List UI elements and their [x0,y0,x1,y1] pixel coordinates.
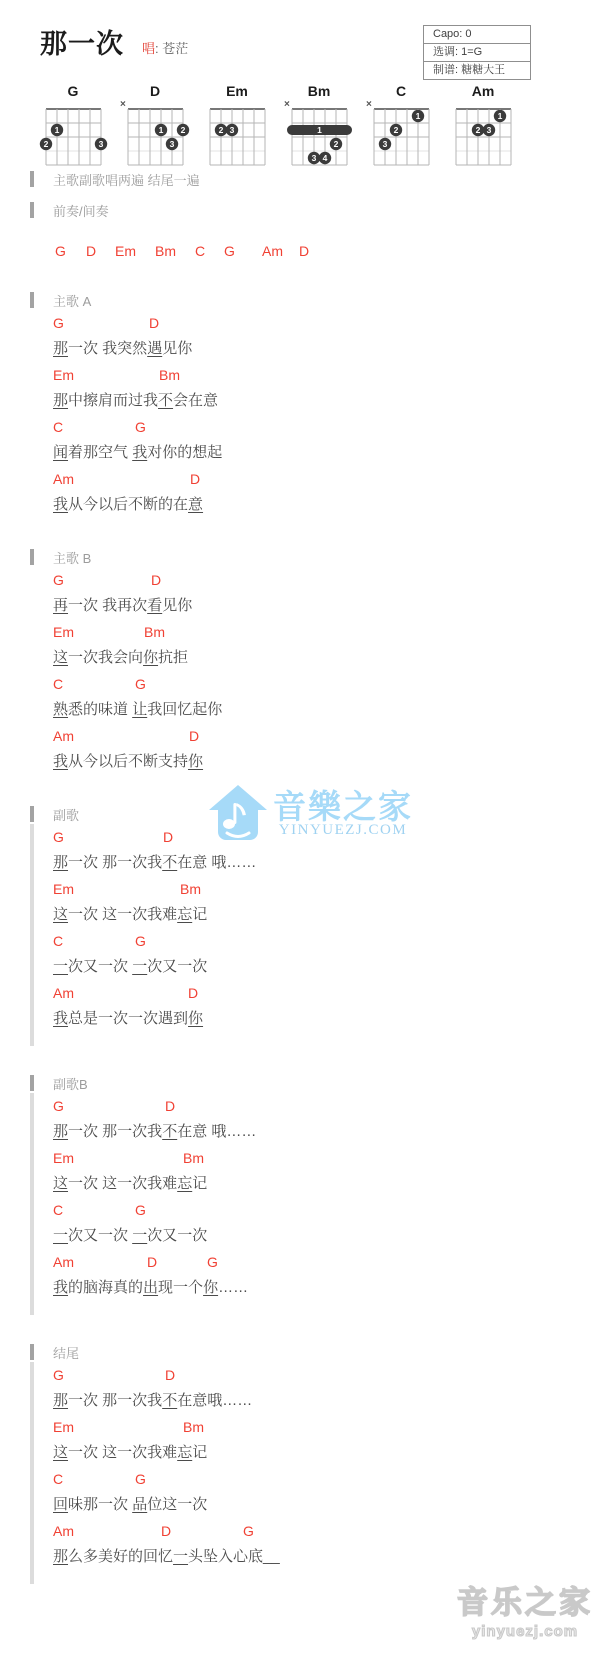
chord-line: GD [53,569,601,595]
chord: D [188,985,198,1001]
underlined-char: 这 [53,906,68,923]
chord-line: GD [53,312,601,338]
singer-info: 唱: 苍茫 [142,38,188,57]
underlined-char: 你 [188,753,203,770]
underlined-char: 再 [53,597,68,614]
chord-diagram-D: D×123 [120,84,190,174]
chord: D [147,1254,157,1270]
chord-line: CG [53,1199,601,1225]
section-bar [30,549,34,565]
section-bar [30,292,34,308]
chord-grid: ×123 [120,99,190,169]
chord: Bm [183,1419,204,1435]
underlined-char: 一 [173,1548,188,1565]
underlined-char: 这 [53,649,68,666]
chord-line: CG [53,1468,601,1494]
underlined-char: 不 [162,1123,177,1140]
chord-line: CG [53,416,601,442]
svg-text:2: 2 [476,125,481,135]
chord: D [190,471,200,487]
underlined-char: 一 [132,1227,147,1244]
section-label-row: 主歌 B [30,547,601,567]
underlined-char: 那 [53,854,68,871]
svg-text:3: 3 [312,153,317,163]
underlined-char: 忘 [177,1175,192,1192]
chord-line: AmDG [53,1251,601,1277]
underlined-char: 我 [132,444,147,461]
underlined-char: 我 [53,1010,68,1027]
underlined-char: 熟 [53,701,68,718]
lyric-line: 一次又一次 一次又一次 [53,1225,601,1251]
section-content: GD再一次 我再次看见你EmBm这一次我会向你抗拒CG熟悉的味道 让我回忆起你A… [30,567,601,777]
underlined-char: 让 [132,701,147,718]
chord: G [53,572,64,588]
chord: Bm [180,881,201,897]
chord-sheet-page: 那一次 唱: 苍茫 Capo: 0 选调: 1=G 制谱: 糖糖大王 G123D… [0,0,601,1656]
section-label: 主歌 B [53,548,91,567]
note-text: 前奏/间奏 [53,201,109,220]
svg-text:1: 1 [416,111,421,121]
svg-text:2: 2 [181,125,186,135]
chord-line: GD [53,826,601,852]
underlined-char: 一 [132,958,147,975]
chord-diagram-label: Em [202,84,272,99]
svg-text:2: 2 [44,139,49,149]
section-label-row: 副歌 [30,804,601,824]
corner-watermark-url: yinyuezj.com [457,1623,593,1640]
muted-string-x: × [284,99,290,110]
chord: G [53,1098,64,1114]
chord: Bm [159,367,180,383]
underlined-char: 你 [188,1010,203,1027]
lyric-line: 这一次 这一次我难忘记 [53,1173,601,1199]
chord-diagram-label: Am [448,84,518,99]
section-label: 结尾 [53,1343,79,1362]
underlined-char: 忘 [177,1444,192,1461]
chord: G [135,1202,146,1218]
section-content: GD那一次 那一次我不在意 哦……EmBm这一次 这一次我难忘记CG一次又一次 … [30,824,601,1046]
corner-watermark-brand: 音乐之家 [457,1586,593,1620]
svg-text:3: 3 [230,125,235,135]
lyric-line: 再一次 我再次看见你 [53,595,601,621]
underlined-char: 这 [53,1444,68,1461]
progression-chord: G [55,243,66,259]
underlined-char: 那 [53,1123,68,1140]
section-content: GD那一次 我突然遇见你EmBm那中擦肩而过我不会在意CG闻着那空气 我对你的想… [30,310,601,520]
underlined-char: 回 [53,1496,68,1513]
header: 那一次 唱: 苍茫 [40,22,188,61]
key-info: 选调: 1=G [424,44,530,62]
chord: Em [53,1419,74,1435]
chord: G [135,1471,146,1487]
underlined-char: 那 [53,340,68,357]
progression-chord: Am [262,243,283,259]
chord-diagram-Em: Em23 [202,84,272,174]
chord-line: AmD [53,982,601,1008]
underlined-char: 品 [132,1496,147,1513]
chord-diagram-label: D [120,84,190,99]
underlined-char: 你 [143,649,158,666]
svg-text:3: 3 [99,139,104,149]
chord-diagram-G: G123 [38,84,108,174]
chord: Am [53,471,74,487]
progression-chord: C [195,243,205,259]
section-0: 主歌 AGD那一次 我突然遇见你EmBm那中擦肩而过我不会在意CG闻着那空气 我… [0,290,601,520]
section-2: 副歌GD那一次 那一次我不在意 哦……EmBm这一次 这一次我难忘记CG一次又一… [0,804,601,1046]
chord: Bm [183,1150,204,1166]
chord-grid: ×1234 [284,99,354,169]
svg-text:1: 1 [159,125,164,135]
svg-text:2: 2 [334,139,339,149]
chord: G [135,419,146,435]
section-bar [30,202,34,218]
chord-line: GD [53,1095,601,1121]
section-bar [30,806,34,822]
chord: Am [53,985,74,1001]
section-bar [30,1075,34,1091]
underlined-char: 不 [162,1392,177,1409]
chord-grid: 23 [202,99,272,169]
underlined-char: 意 [188,496,203,513]
singer-name: : 苍茫 [155,41,188,56]
chord-diagram-Am: Am123 [448,84,518,174]
section-bar [30,1344,34,1360]
capo-info: Capo: 0 [424,26,530,44]
lyric-line: 我从今以后不断支持你 [53,751,601,777]
chord: C [53,419,63,435]
chord: G [53,1367,64,1383]
chord: Em [53,624,74,640]
tuning-info-box: Capo: 0 选调: 1=G 制谱: 糖糖大王 [423,25,531,80]
lyric-line: 我从今以后不断的在意 [53,494,601,520]
svg-text:3: 3 [383,139,388,149]
chord: G [135,676,146,692]
svg-text:2: 2 [394,125,399,135]
progression-chord: Bm [155,243,176,259]
section-4: 结尾GD那一次 那一次我不在意哦……EmBm这一次 这一次我难忘记CG回味那一次… [0,1342,601,1584]
underlined-char: 看 [147,597,162,614]
underlined-char: 那 [53,1548,68,1565]
underlined-char: 那 [53,1392,68,1409]
underlined-char: 遇 [147,340,162,357]
chord: G [53,315,64,331]
lyric-line: 那一次 我突然遇见你 [53,338,601,364]
lyric-line: 那一次 那一次我不在意 哦…… [53,852,601,878]
chord: G [243,1523,254,1539]
lyric-line: 那么多美好的回忆一头坠入心底__ [53,1546,601,1572]
muted-string-x: × [366,99,372,110]
underlined-char: 你 [203,1279,218,1296]
svg-text:1: 1 [55,125,60,135]
svg-text:4: 4 [323,153,328,163]
lyric-line: 那一次 那一次我不在意 哦…… [53,1121,601,1147]
chord: D [165,1367,175,1383]
underlined-char: 我 [53,1279,68,1296]
progression-chord: Em [115,243,136,259]
underlined-char: 出 [143,1279,158,1296]
chord-grid: ×123 [366,99,436,169]
progression-chord: D [299,243,309,259]
corner-watermark: 音乐之家 yinyuezj.com [457,1586,593,1640]
chord-line: GD [53,1364,601,1390]
underlined-char: 忘 [177,906,192,923]
section-label: 主歌 A [53,291,91,310]
section-content: GD那一次 那一次我不在意哦……EmBm这一次 这一次我难忘记CG回味那一次 品… [30,1362,601,1584]
chord: C [53,676,63,692]
chord: D [165,1098,175,1114]
underlined-char: 我 [53,496,68,513]
chord: C [53,1471,63,1487]
lyric-line: 这一次 这一次我难忘记 [53,1442,601,1468]
chord-diagrams-row: G123D×123Em23Bm×1234C×123Am123 [38,84,518,174]
section-label: 副歌 [53,805,79,824]
section-3: 副歌BGD那一次 那一次我不在意 哦……EmBm这一次 这一次我难忘记CG一次又… [0,1073,601,1315]
lyric-line: 我总是一次一次遇到你 [53,1008,601,1034]
underlined-char: 不 [162,854,177,871]
chord-line: AmDG [53,1520,601,1546]
chord-line: CG [53,930,601,956]
chord-diagram-label: C [366,84,436,99]
chord: Em [53,881,74,897]
lyric-line: 回味那一次 品位这一次 [53,1494,601,1520]
chord: G [207,1254,218,1270]
section-label-row: 主歌 A [30,290,601,310]
song-title: 那一次 [40,22,124,61]
chord-diagram-label: G [38,84,108,99]
chord-diagram-C: C×123 [366,84,436,174]
underlined-char: 闻 [53,444,68,461]
chord: Bm [144,624,165,640]
chord: Em [53,367,74,383]
lyric-line: 熟悉的味道 让我回忆起你 [53,699,601,725]
lyric-line: 那一次 那一次我不在意哦…… [53,1390,601,1416]
chord-grid: 123 [38,99,108,169]
chord-line: CG [53,673,601,699]
muted-string-x: × [120,99,126,110]
chord-line: EmBm [53,1147,601,1173]
chord-line: EmBm [53,621,601,647]
section-1: 主歌 BGD再一次 我再次看见你EmBm这一次我会向你抗拒CG熟悉的味道 让我回… [0,547,601,777]
section-label-row: 副歌B [30,1073,601,1093]
section-content: GD那一次 那一次我不在意 哦……EmBm这一次 这一次我难忘记CG一次又一次 … [30,1093,601,1315]
chord: G [135,933,146,949]
chord-grid: 123 [448,99,518,169]
chord-diagram-label: Bm [284,84,354,99]
progression-chord: D [86,243,96,259]
note-row: 前奏/间奏 [30,201,601,219]
chord-diagram-Bm: Bm×1234 [284,84,354,174]
lyric-line: 一次又一次 一次又一次 [53,956,601,982]
chord: Am [53,728,74,744]
intro-progression: GDEmBmCGAmD [53,243,601,263]
chord: Am [53,1523,74,1539]
lyric-line: 那中擦肩而过我不会在意 [53,390,601,416]
lyric-line: 这一次 这一次我难忘记 [53,904,601,930]
underlined-char: 不 [158,392,173,409]
chord: D [151,572,161,588]
chord: D [149,315,159,331]
chord-line: AmD [53,468,601,494]
progression-chord: G [224,243,235,259]
chord-line: EmBm [53,364,601,390]
underlined-char: 一 [53,1227,68,1244]
underlined-char: 这 [53,1175,68,1192]
sing-label: 唱 [142,41,155,56]
svg-text:1: 1 [317,125,322,135]
chord: Am [53,1254,74,1270]
chord: C [53,1202,63,1218]
chord: D [161,1523,171,1539]
section-bar [30,171,34,187]
lyric-line: 我的脑海真的出现一个你…… [53,1277,601,1303]
song-sections: 主歌 AGD那一次 我突然遇见你EmBm那中擦肩而过我不会在意CG闻着那空气 我… [0,290,601,1584]
underlined-char: 那 [53,392,68,409]
svg-text:2: 2 [219,125,224,135]
chord-line: EmBm [53,878,601,904]
chord: D [189,728,199,744]
note-row: 主歌副歌唱两遍 结尾一遍 [30,170,601,188]
play-notes: 主歌副歌唱两遍 结尾一遍前奏/间奏 [0,170,601,219]
chord: C [53,933,63,949]
chord: G [53,829,64,845]
svg-text:1: 1 [498,111,503,121]
chord: Em [53,1150,74,1166]
lyric-line: 这一次我会向你抗拒 [53,647,601,673]
svg-text:3: 3 [170,139,175,149]
underlined-char: 我 [53,753,68,770]
chord-line: AmD [53,725,601,751]
underlined-char: 一 [53,958,68,975]
chord: D [163,829,173,845]
section-label-row: 结尾 [30,1342,601,1362]
note-text: 主歌副歌唱两遍 结尾一遍 [53,170,200,189]
lyric-line: 闻着那空气 我对你的想起 [53,442,601,468]
chord-line: EmBm [53,1416,601,1442]
section-label: 副歌B [53,1074,88,1093]
transcriber-info: 制谱: 糖糖大王 [424,62,530,79]
sheet-body: 主歌副歌唱两遍 结尾一遍前奏/间奏 GDEmBmCGAmD 主歌 AGD那一次 … [0,170,601,1584]
svg-text:3: 3 [487,125,492,135]
